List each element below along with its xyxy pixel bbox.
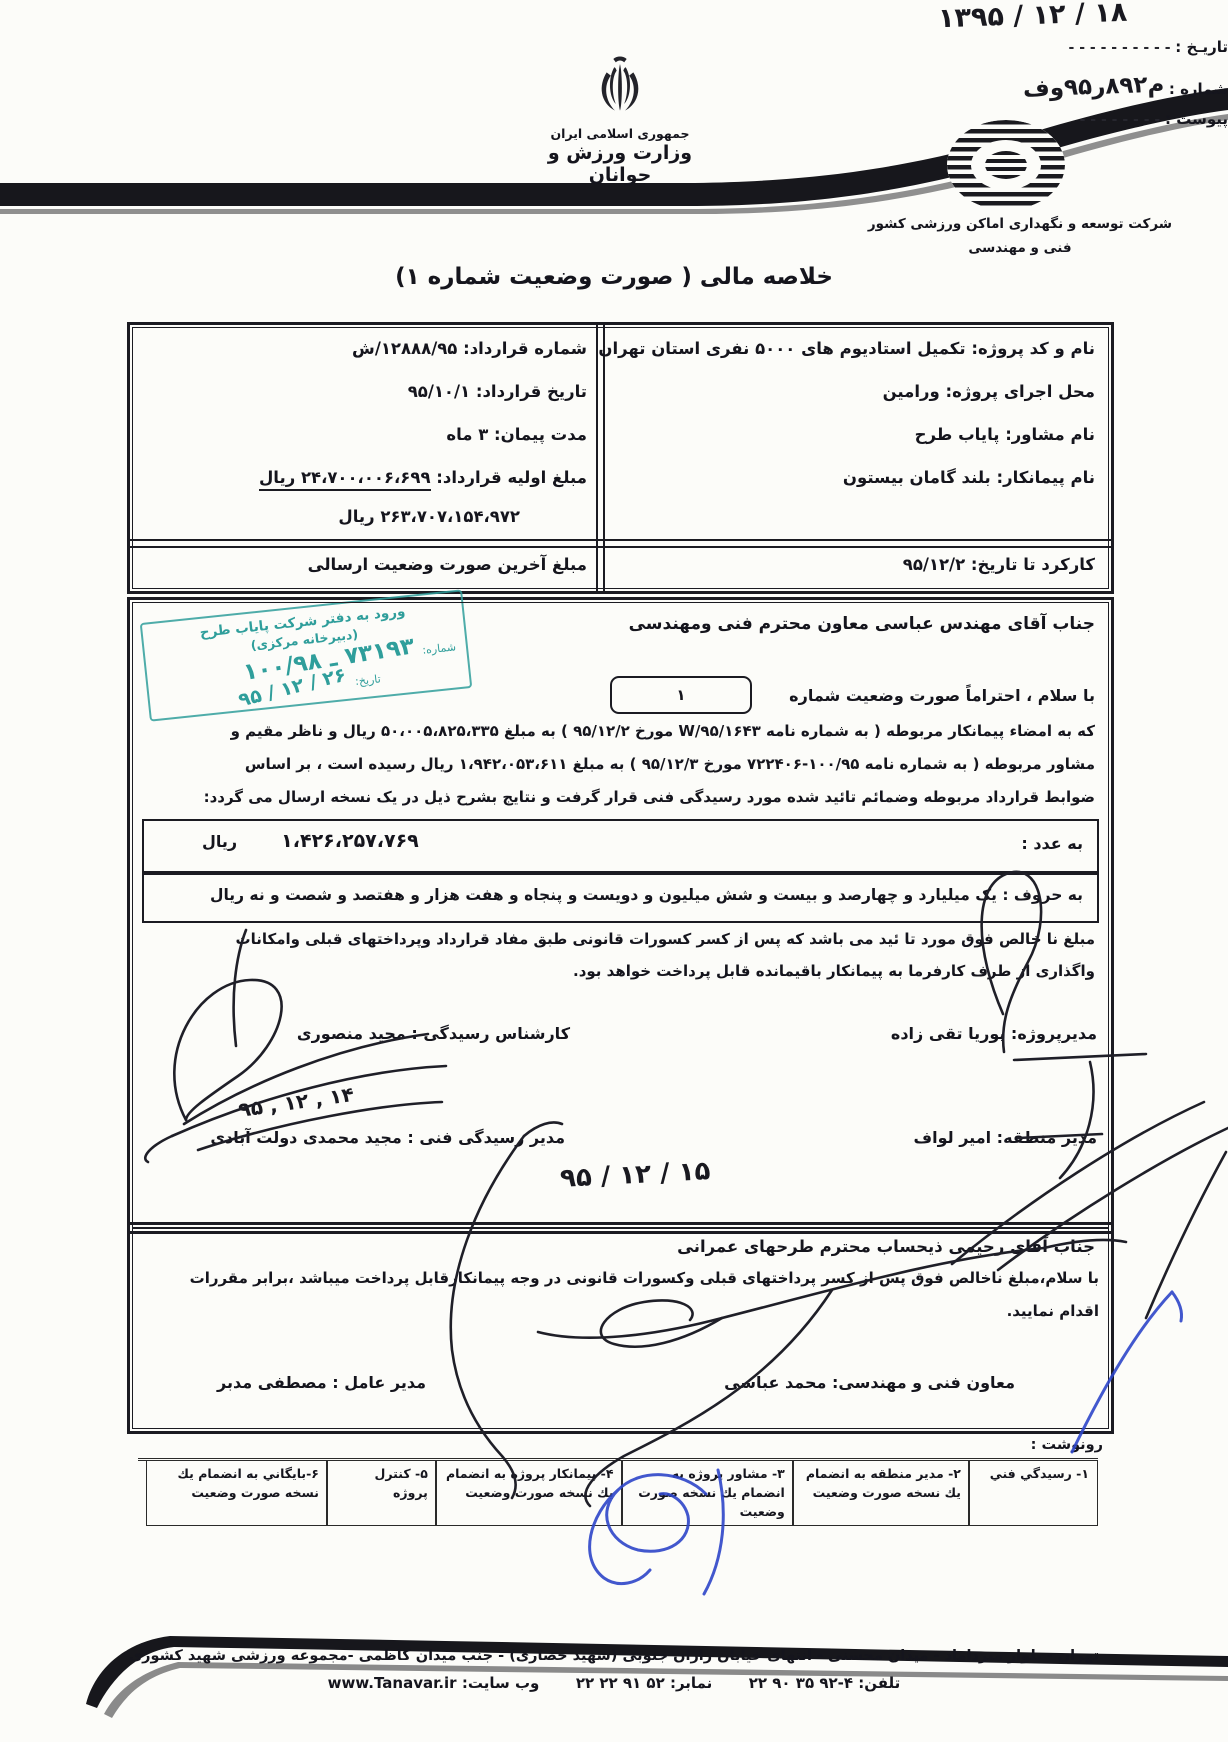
- stamp-number-label: شماره:: [422, 640, 457, 656]
- number-label: شماره :: [1169, 80, 1228, 98]
- letter1-note1: مبلغ نا خالص فوق مورد تا ئید می باشد که …: [236, 930, 1096, 948]
- consultant-name: نام مشاور: پایاب طرح: [915, 425, 1095, 444]
- initial-amount-label: مبلغ اولیه قرارداد:: [436, 468, 587, 487]
- statement-number-box: ۱: [610, 676, 752, 714]
- amount-digits-value-row: ۱،۴۲۶،۲۵۷،۷۶۹ ریال: [202, 830, 419, 852]
- national-emblem-icon: [593, 54, 647, 124]
- copies-cell-3: ۳- مشاور پروژه به انضمام يك نسخه صورت وض…: [621, 1461, 794, 1526]
- adjusted-amount-value: ۲۶۳،۷۰۷،۱۵۴،۹۷۲ ریال: [338, 507, 520, 526]
- review-letter-box: ورود به دفتر شرکت پایاب طرح (دبیرخانه مر…: [127, 597, 1114, 1234]
- letter1-intro: با سلام ، احتراماً صورت وضعیت شماره: [789, 686, 1095, 705]
- tech-review-date: ۱۵ / ۱۲ / ۹۵: [559, 1156, 711, 1194]
- project-location: محل اجرای پروژه: ورامین: [883, 382, 1095, 401]
- copies-label: رونوشت :: [1031, 1437, 1103, 1453]
- amount-words-label: به حروف :: [1002, 886, 1083, 904]
- letter1-salutation: جناب آقای مهندس عباسی معاون محترم فنی وم…: [629, 614, 1095, 634]
- review-expert-label: کارشناس رسیدگی : مجید منصوری: [297, 1024, 570, 1043]
- project-name: نام و کد پروژه: تکمیل استادیوم های ۵۰۰۰ …: [598, 339, 1095, 358]
- copies-cell-2: ۲- مدير منطقه به انضمام يك نسخه صورت وضع…: [792, 1461, 970, 1526]
- copies-cell-6: ۶-بايگاني به انضمام يك نسخه صورت وضعيت: [146, 1461, 328, 1526]
- deputy-label: معاون فنی و مهندسی: محمد عباسی: [724, 1373, 1015, 1392]
- document-title: خلاصه مالی ( صورت وضعیت شماره ۱): [314, 264, 914, 290]
- gov-line1: جمهوری اسلامی ایران: [540, 126, 700, 141]
- copies-cell-4: ۴- پيمانكار پروژه به انضمام يك نسخه صورت…: [435, 1461, 622, 1526]
- amount-digits-box: به عدد : ۱،۴۲۶،۲۵۷،۷۶۹ ریال: [142, 819, 1099, 873]
- letterhead-reference-block: ۱۸ / ۱۲ / ۱۳۹۵ تاریـخ : - - - - - - - - …: [928, 0, 1228, 140]
- table-divider-vertical: [596, 325, 598, 591]
- table-divider-horizontal-2: [130, 546, 1111, 548]
- attachment-label: پیوست :: [1165, 110, 1228, 128]
- date-dashes: - - - - - - - - - -: [1069, 40, 1171, 56]
- footer-contacts: تلفن: ۲۲ ۹۰ ۳۵ ۹۲-۴ نمابر: ۲۲ ۲۲ ۹۱ ۵۲ و…: [64, 1674, 1164, 1692]
- letter1-body-line3: ضوابط قرارداد مربوطه وضمائم تائید شده مو…: [204, 788, 1095, 806]
- project-manager-label: مدیرپروژه: پوریا تقی زاده: [891, 1024, 1097, 1043]
- table-divider-vertical-2: [603, 325, 605, 591]
- last-statement-label: مبلغ آخرین صورت وضعیت ارسالی: [308, 555, 587, 574]
- amount-digits-unit: ریال: [202, 832, 237, 851]
- ceo-label: مدیر عامل : مصطفی مدبر: [186, 1373, 426, 1392]
- date-row: تاریـخ : - - - - - - - - - -: [1069, 38, 1228, 56]
- letter1-note2: واگذاری از طرف کارفرما به پیمانکار باقیم…: [573, 962, 1095, 980]
- amount-digits-label: به عدد :: [1021, 834, 1083, 853]
- contract-duration: مدت پیمان: ۳ ماه: [446, 425, 587, 444]
- company-logo: [947, 120, 1065, 210]
- contractor-name: نام پیمانکار: بلند گامان بیستون: [843, 468, 1095, 487]
- footer-phone: ۲۲ ۹۰ ۳۵ ۹۲-۴: [749, 1674, 853, 1692]
- entry-stamp: ورود به دفتر شرکت پایاب طرح (دبیرخانه مر…: [140, 589, 473, 721]
- amount-words-row: به حروف : یک میلیارد و چهارصد و بیست و ش…: [210, 886, 1083, 904]
- company-name-line2: فنی و مهندسی: [830, 240, 1210, 256]
- scanned-document-page: ۱۸ / ۱۲ / ۱۳۹۵ تاریـخ : - - - - - - - - …: [0, 0, 1228, 1742]
- copies-cell-5: ۵- كنترل پروژه: [326, 1461, 436, 1526]
- letter2-line1: با سلام،مبلغ ناخالص فوق پس از کسر پرداخت…: [190, 1269, 1099, 1287]
- attachment-row: پیوست : - - - - - - - -: [1080, 110, 1228, 128]
- letter2-salutation: جناب آقای رحیمی ذیحساب محترم طرحهای عمرا…: [677, 1237, 1095, 1256]
- region-manager-label: مدیر منطقه: امیر لواف: [914, 1128, 1097, 1147]
- footer-web: www.Tanavar.ir: [328, 1674, 457, 1692]
- date-label: تاریـخ :: [1175, 38, 1228, 56]
- copies-cell-1: ۱- رسيدگي فني: [968, 1461, 1098, 1526]
- footer-fax: ۲۲ ۲۲ ۹۱ ۵۲: [576, 1674, 665, 1692]
- initial-amount-value: ۲۴،۷۰۰،۰۰۶،۶۹۹ ریال: [259, 468, 431, 491]
- attachment-dashes: - - - - - - - -: [1080, 112, 1161, 128]
- amount-words-box: به حروف : یک میلیارد و چهارصد و بیست و ش…: [142, 873, 1099, 923]
- ministry-name: وزارت ورزش و جوانان: [540, 142, 700, 186]
- letter2-line2: اقدام نمایید.: [1007, 1302, 1099, 1320]
- contract-number: شماره قرارداد: ۱۲۸۸۸/۹۵/ش: [352, 339, 587, 358]
- table-divider-horizontal: [130, 539, 1111, 541]
- stamp-date-label: تاریخ:: [354, 672, 381, 688]
- handwritten-number: م۸۹۲ر۹۵وف: [1022, 72, 1164, 103]
- letter1-body-line2: مشاور مربوطه ( به شماره نامه ‪۷۲۲۴۰۶-۱۰۰…: [245, 755, 1095, 773]
- footer-fax-label: نمابر:: [670, 1674, 712, 1692]
- payment-letter-box: جناب آقای رحیمی ذیحساب محترم طرحهای عمرا…: [127, 1222, 1114, 1434]
- number-row: شماره : م۸۹۲ر۹۵وف: [1023, 74, 1228, 100]
- amount-words-value: یک میلیارد و چهارصد و بیست و شش میلیون و…: [210, 886, 997, 904]
- amount-digits-value: ۱،۴۲۶،۲۵۷،۷۶۹: [281, 830, 419, 852]
- copies-table: ۱- رسيدگي فني ۲- مدير منطقه به انضمام يك…: [138, 1458, 1098, 1526]
- work-to-date: کارکرد تا تاریخ: ۹۵/۱۲/۲: [903, 555, 1095, 574]
- footer-address: تهران - بلوار میرداماد - میدان محسنی - ا…: [64, 1648, 1164, 1664]
- ministry-header: جمهوری اسلامی ایران وزارت ورزش و جوانان: [540, 54, 700, 186]
- footer-phone-label: تلفن:: [858, 1674, 900, 1692]
- initial-amount-row: مبلغ اولیه قرارداد: ۲۴،۷۰۰،۰۰۶،۶۹۹ ریال: [259, 468, 587, 487]
- company-name-line1: شرکت توسعه و نگهداری اماکن ورزشی کشور: [830, 216, 1210, 232]
- contract-date: تاریخ قرارداد: ۹۵/۱۰/۱: [408, 382, 587, 401]
- contract-info-table: نام و کد پروژه: تکمیل استادیوم های ۵۰۰۰ …: [127, 322, 1114, 594]
- footer-web-label: وب سایت:: [462, 1674, 540, 1692]
- letter1-body-line1: که به امضاء پیمانکار مربوطه ( به شماره ن…: [231, 722, 1095, 740]
- tech-review-manager-label: مدیر رسیدگی فنی : مجید محمدی دولت آبادی: [210, 1128, 565, 1147]
- handwritten-date: ۱۸ / ۱۲ / ۱۳۹۵: [938, 0, 1128, 34]
- logo-core-stripes: [985, 151, 1027, 179]
- review-expert-date: ۱۴ , ۱۲ , ۹۵: [237, 1082, 356, 1122]
